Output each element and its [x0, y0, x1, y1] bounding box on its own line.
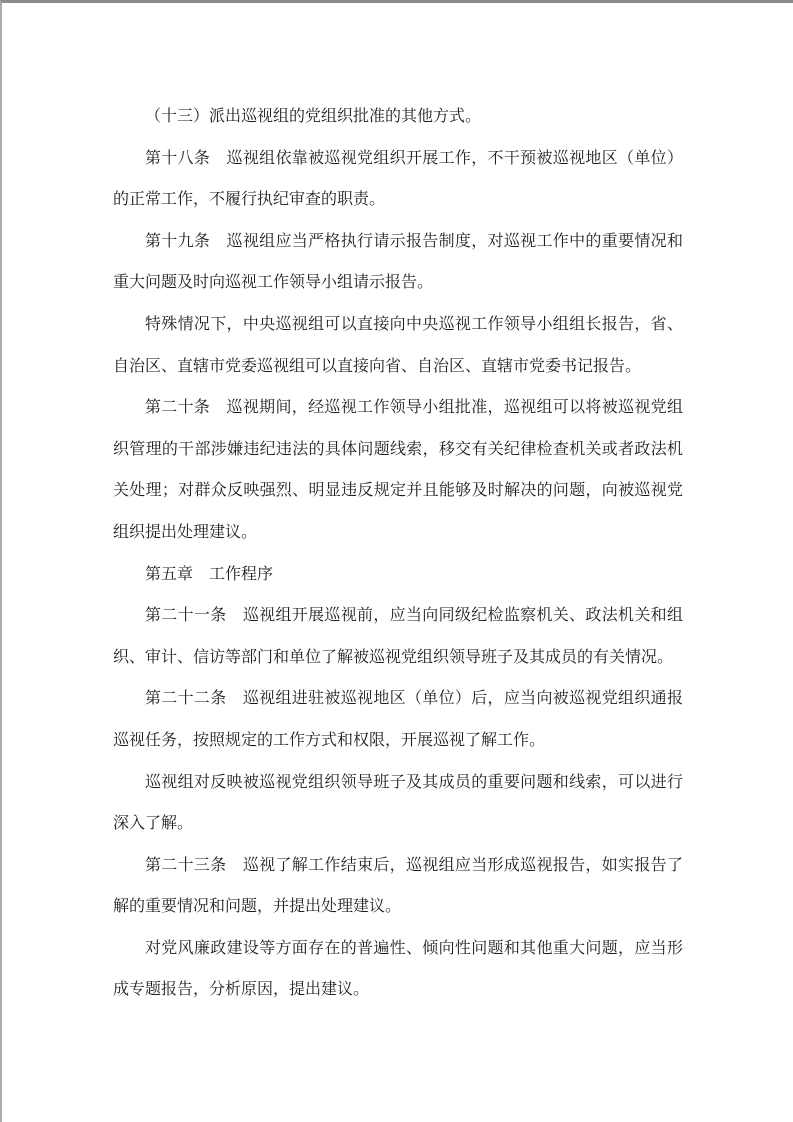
article-23: 第二十三条 巡视了解工作结束后，巡视组应当形成巡视报告，如实报告了解的重要情况和…: [113, 845, 683, 928]
document-page: （十三）派出巡视组的党组织批准的其他方式。 第十八条 巡视组依靠被巡视党组织开展…: [0, 0, 793, 1122]
article-18: 第十八条 巡视组依靠被巡视党组织开展工作，不干预被巡视地区（单位）的正常工作，不…: [113, 138, 683, 221]
article-22-para-2: 巡视组对反映被巡视党组织领导班子及其成员的重要问题和线索，可以进行深入了解。: [113, 762, 683, 845]
article-19-para-2: 特殊情况下，中央巡视组可以直接向中央巡视工作领导小组组长报告，省、自治区、直辖市…: [113, 304, 683, 387]
document-text-area: （十三）派出巡视组的党组织批准的其他方式。 第十八条 巡视组依靠被巡视党组织开展…: [2, 3, 793, 1011]
article-20: 第二十条 巡视期间，经巡视工作领导小组批准，巡视组可以将被巡视党组织管理的干部涉…: [113, 387, 683, 553]
article-23-para-2: 对党风廉政建设等方面存在的普遍性、倾向性问题和其他重大问题，应当形成专题报告，分…: [113, 928, 683, 1011]
list-item-13: （十三）派出巡视组的党组织批准的其他方式。: [113, 96, 683, 138]
article-22: 第二十二条 巡视组进驻被巡视地区（单位）后，应当向被巡视党组织通报巡视任务，按照…: [113, 678, 683, 761]
article-19: 第十九条 巡视组应当严格执行请示报告制度，对巡视工作中的重要情况和重大问题及时向…: [113, 221, 683, 304]
article-21: 第二十一条 巡视组开展巡视前，应当向同级纪检监察机关、政法机关和组织、审计、信访…: [113, 595, 683, 678]
chapter-5-heading: 第五章 工作程序: [113, 554, 683, 596]
